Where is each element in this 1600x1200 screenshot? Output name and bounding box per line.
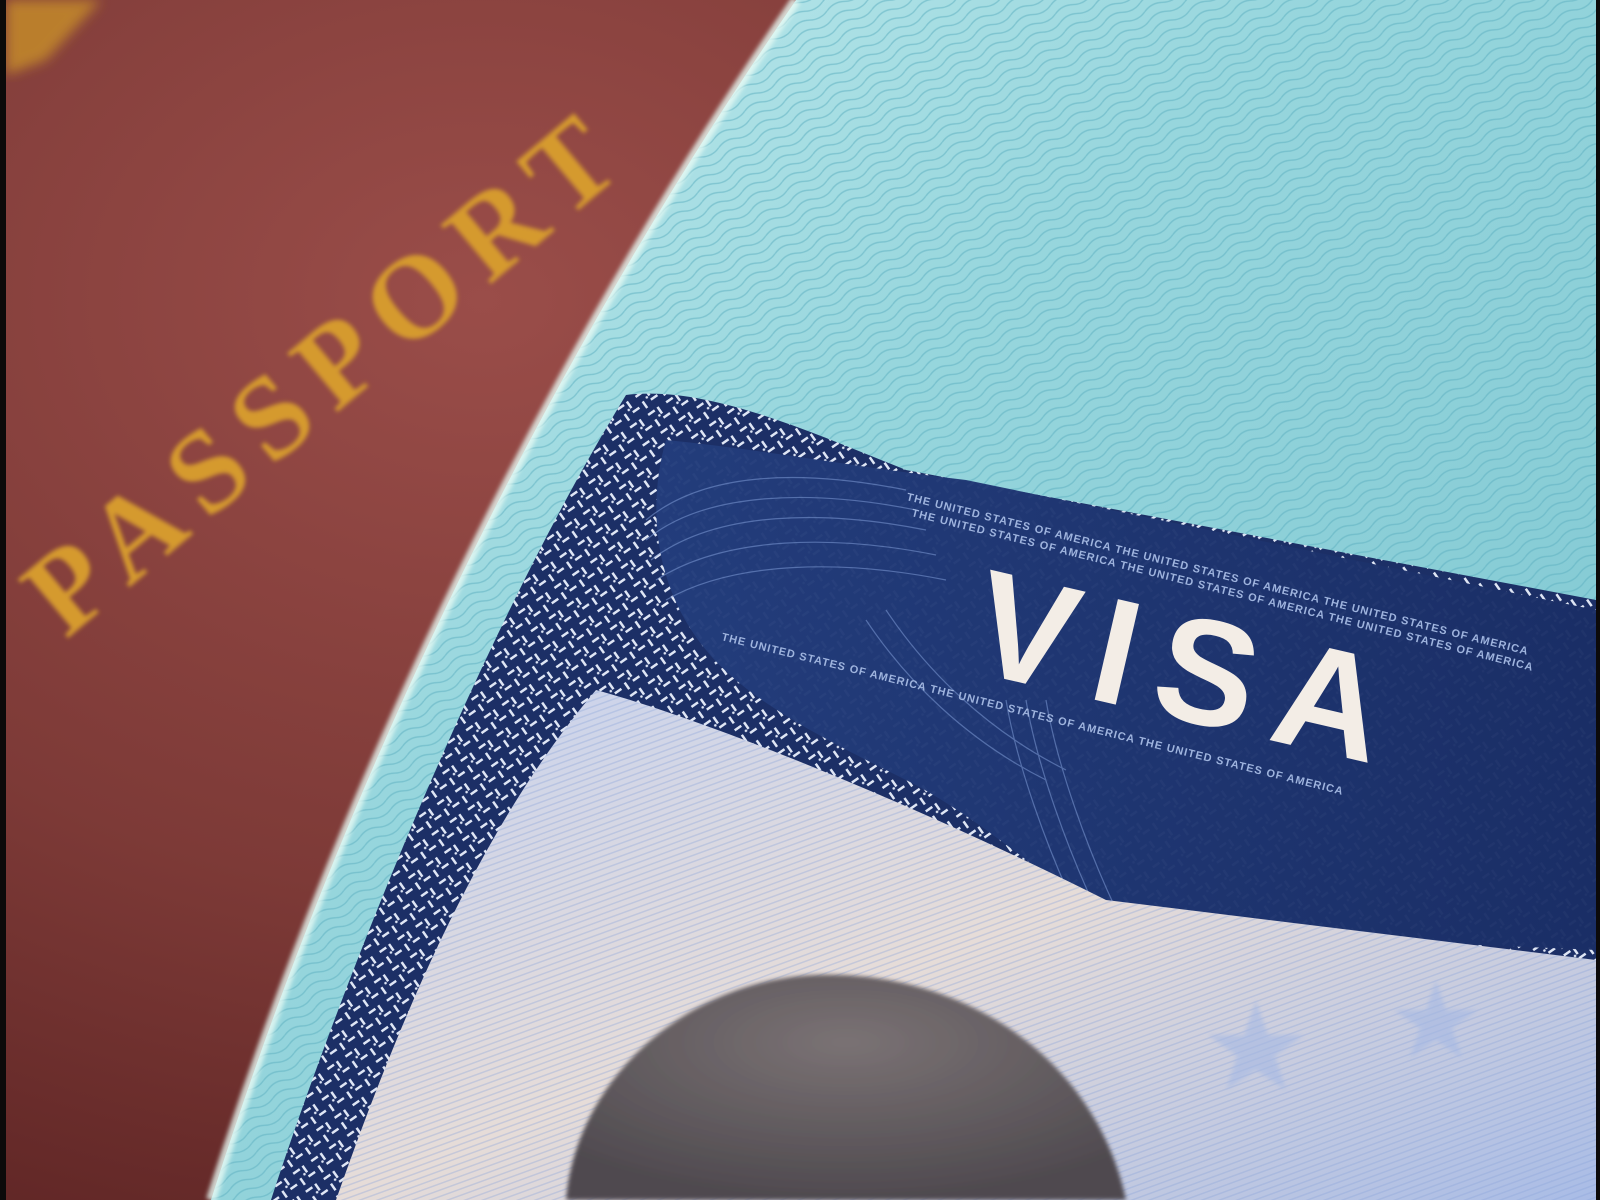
photo-scene: PASSPORT THE UNITED STATES OF AMERICA TH… bbox=[6, 0, 1596, 1200]
photo-frame: PASSPORT THE UNITED STATES OF AMERICA TH… bbox=[6, 0, 1596, 1200]
